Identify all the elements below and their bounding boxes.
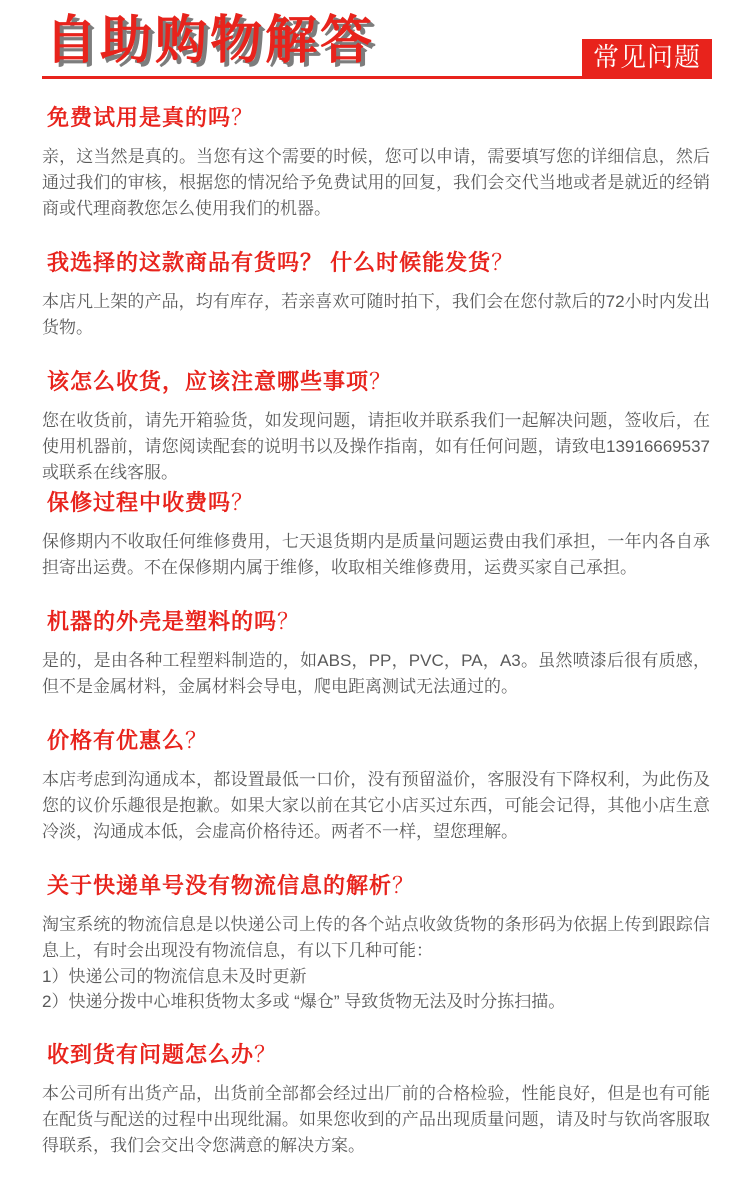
question-mark: ？ (185, 728, 207, 753)
faq-item-plastic-shell: 机器的外壳是塑料的吗？ 是的，是由各种工程塑料制造的，如ABS，PP，PVC，P… (42, 609, 710, 700)
question-mark: ？ (392, 873, 414, 898)
faq-item-price-discount: 价格有优惠么？ 本店考虑到沟通成本，都设置最低一口价，没有预留溢价，客服没有下降… (42, 728, 710, 845)
faq-answer: 淘宝系统的物流信息是以快递公司上传的各个站点收敛货物的条形码为依据上传到跟踪信息… (42, 912, 710, 964)
faq-question: 价格有优惠么？ (47, 728, 710, 754)
question-mark: ？ (491, 250, 513, 275)
question-mark: ？ (254, 1042, 276, 1067)
faq-question-text: 该怎么收货，应该注意哪些事项 (47, 369, 369, 394)
faq-answer: 亲，这当然是真的。当您有这个需要的时候，您可以申请，需要填写您的详细信息，然后通… (42, 144, 710, 222)
faq-answer: 是的，是由各种工程塑料制造的，如ABS，PP，PVC，PA，A3。虽然喷漆后很有… (42, 648, 710, 700)
faq-answer: 您在收货前，请先开箱验货，如发现问题，请拒收并联系我们一起解决问题，签收后，在使… (42, 408, 710, 486)
question-mark: ？ (231, 490, 253, 515)
faq-answer: 保修期内不收取任何维修费用，七天退货期内是质量问题运费由我们承担，一年内各自承担… (42, 529, 710, 581)
faq-question-text: 我选择的这款商品有货吗？ 什么时候能发货 (47, 250, 491, 275)
faq-question: 免费试用是真的吗？ (47, 105, 710, 131)
faq-question-text: 关于快递单号没有物流信息的解析 (47, 873, 392, 898)
faq-question-text: 收到货有问题怎么办 (47, 1042, 254, 1067)
faq-answer: 本店考虑到沟通成本，都设置最低一口价，没有预留溢价，客服没有下降权利，为此伤及您… (42, 767, 710, 845)
faq-item-problem-after-receipt: 收到货有问题怎么办？ 本公司所有出货产品，出货前全部都会经过出厂前的合格检验，性… (42, 1042, 710, 1159)
faq-answer: 本公司所有出货产品，出货前全部都会经过出厂前的合格检验，性能良好，但是也有可能在… (42, 1081, 710, 1159)
faq-item-receiving-goods: 该怎么收货，应该注意哪些事项？ 您在收货前，请先开箱验货，如发现问题，请拒收并联… (42, 369, 710, 486)
faq-question: 保修过程中收费吗？ (47, 490, 710, 516)
faq-item-tracking-info: 关于快递单号没有物流信息的解析？ 淘宝系统的物流信息是以快递公司上传的各个站点收… (42, 873, 710, 1014)
faq-question: 收到货有问题怎么办？ (47, 1042, 710, 1068)
faq-question: 我选择的这款商品有货吗？ 什么时候能发货？ (47, 250, 710, 276)
page-header: 自助购物解答 常见问题 (42, 0, 712, 79)
faq-question-text: 机器的外壳是塑料的吗 (47, 609, 277, 634)
faq-badge: 常见问题 (582, 39, 712, 76)
question-mark: ？ (277, 609, 299, 634)
faq-question: 机器的外壳是塑料的吗？ (47, 609, 710, 635)
faq-content: 免费试用是真的吗？ 亲，这当然是真的。当您有这个需要的时候，您可以申请，需要填写… (0, 105, 750, 1185)
faq-question-text: 保修过程中收费吗 (47, 490, 231, 515)
faq-item-stock-shipping: 我选择的这款商品有货吗？ 什么时候能发货？ 本店凡上架的产品，均有库存，若亲喜欢… (42, 250, 710, 341)
faq-item-free-trial: 免费试用是真的吗？ 亲，这当然是真的。当您有这个需要的时候，您可以申请，需要填写… (42, 105, 710, 222)
question-mark: ？ (369, 369, 391, 394)
faq-question-text: 免费试用是真的吗 (47, 105, 231, 130)
faq-question: 该怎么收货，应该注意哪些事项？ (47, 369, 710, 395)
faq-answer-list-item: 2）快递分拨中心堆积货物太多或 “爆仓” 导致货物无法及时分拣扫描。 (42, 989, 710, 1014)
question-mark: ？ (231, 105, 253, 130)
faq-answer-list-item: 1）快递公司的物流信息未及时更新 (42, 964, 710, 989)
faq-answer: 本店凡上架的产品，均有库存，若亲喜欢可随时拍下，我们会在您付款后的72小时内发出… (42, 289, 710, 341)
faq-item-warranty-fees: 保修过程中收费吗？ 保修期内不收取任何维修费用，七天退货期内是质量问题运费由我们… (42, 490, 710, 581)
faq-question: 关于快递单号没有物流信息的解析？ (47, 873, 710, 899)
faq-question-text: 价格有优惠么 (47, 728, 185, 753)
